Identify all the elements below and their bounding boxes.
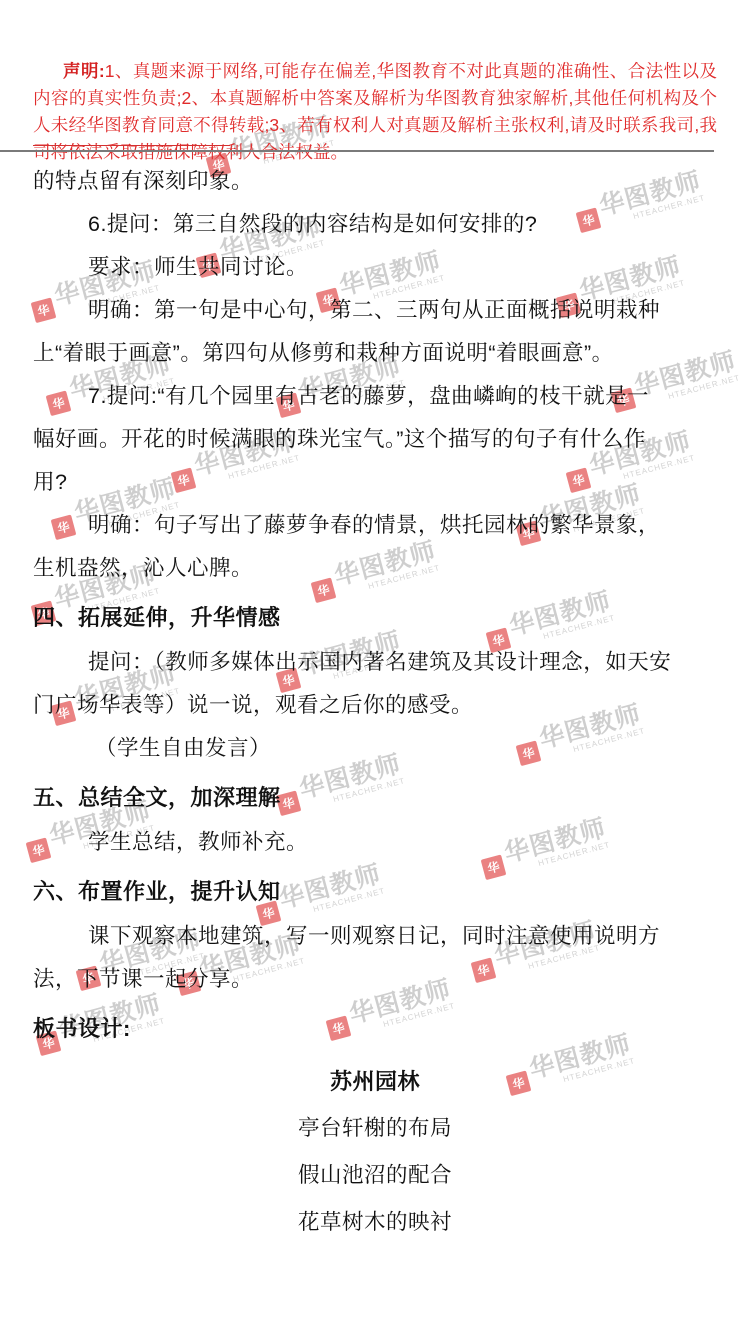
section-heading: 六、布置作业，提升认知	[33, 870, 717, 913]
text-line: 课下观察本地建筑，写一则观察日记，同时注意使用说明方	[33, 915, 717, 958]
text-line: 幅好画。开花的时候满眼的珠光宝气。”这个描写的句子有什么作	[33, 418, 717, 461]
text-line: 花草树木的映衬	[33, 1199, 717, 1246]
text-line: 上“着眼于画意”。第四句从修剪和栽种方面说明“着眼画意”。	[33, 332, 717, 375]
text-line: 学生总结，教师补充。	[33, 821, 717, 864]
text-line: 的特点留有深刻印象。	[33, 160, 717, 203]
section-heading: 五、总结全文，加深理解	[33, 776, 717, 819]
document-page: 华华图教师HTEACHER.NET华华图教师HTEACHER.NET华华图教师H…	[0, 0, 748, 1335]
text-line: （学生自由发言）	[33, 727, 717, 770]
text-line: 7.提问:“有几个园里有古老的藤萝，盘曲嶙峋的枝干就是一	[33, 375, 717, 418]
text-line: 亭台轩榭的布局	[33, 1105, 717, 1152]
text-line: 明确：第一句是中心句，第二、三两句从正面概括说明栽种	[33, 289, 717, 332]
disclaimer-red-underline	[33, 145, 230, 146]
text-line: 门广场华表等）说一说，观看之后你的感受。	[33, 684, 717, 727]
text-line: 提问：（教师多媒体出示国内著名建筑及其设计理念，如天安	[33, 641, 717, 684]
text-line: 生机盎然，沁人心脾。	[33, 547, 717, 590]
text-line: 用?	[33, 461, 717, 504]
disclaimer-label: 声明:	[63, 61, 105, 81]
text-line: 6.提问：第三自然段的内容结构是如何安排的?	[33, 203, 717, 246]
section-heading: 四、拓展延伸，升华情感	[33, 596, 717, 639]
section-heading: 板书设计:	[33, 1007, 717, 1050]
disclaimer-body: 1、真题来源于网络,可能存在偏差,华图教育不对此真题的准确性、合法性以及内容的真…	[33, 61, 717, 162]
text-line: 法，下节课一起分享。	[33, 958, 717, 1001]
text-line: 要求：师生共同讨论。	[33, 246, 717, 289]
text-line: 明确：句子写出了藤萝争春的情景，烘托园林的繁华景象，	[33, 504, 717, 547]
text-line: 假山池沼的配合	[33, 1152, 717, 1199]
lesson-plan-body: 的特点留有深刻印象。6.提问：第三自然段的内容结构是如何安排的?要求：师生共同讨…	[33, 160, 717, 1246]
text-line: 苏州园林	[33, 1058, 717, 1105]
section-divider-line	[0, 150, 714, 152]
